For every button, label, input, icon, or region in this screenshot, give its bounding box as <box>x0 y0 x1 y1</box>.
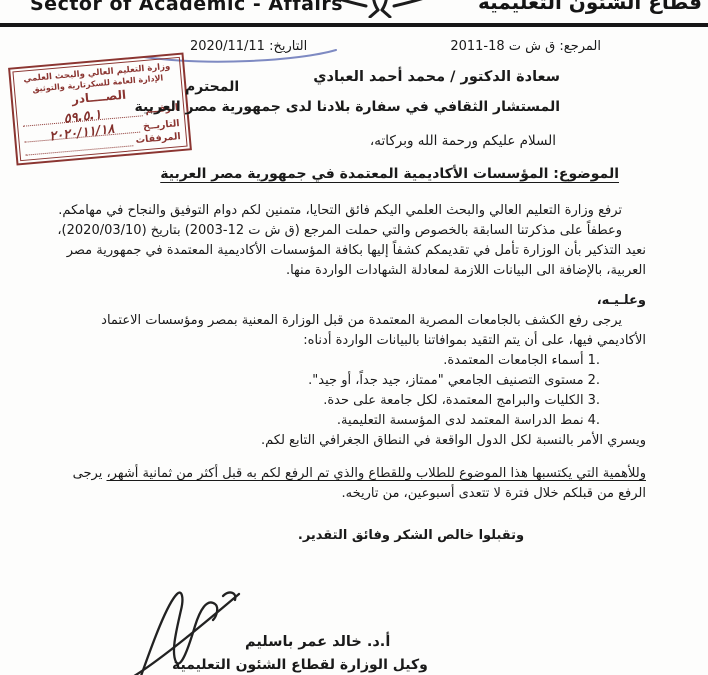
paragraph-3-lead: وعلـيـه، <box>56 291 646 311</box>
signatory-name: أ.د. خالد عمر باسليم <box>245 634 390 650</box>
letter-date: التاريخ: 2020/11/11 <box>190 39 307 54</box>
list-item: 3.الكليات والبرامج المعتمدة، لكل جامعة ع… <box>56 391 600 411</box>
paragraph-4: ويسري الأمر بالنسبة لكل الدول الواقعة في… <box>56 431 646 451</box>
list-item-text: أسماء الجامعات المعتمدة. <box>443 353 583 368</box>
list-item-text: نمط الدراسة المعتمد لدى المؤسسة التعليمي… <box>337 413 584 428</box>
salutation: السلام عليكم ورحمة الله وبركاته، <box>370 133 556 149</box>
list-item: 4.نمط الدراسة المعتمد لدى المؤسسة التعلي… <box>56 411 600 431</box>
recipient-name: سعادة الدكتور / محمد أحمد العبادي <box>313 69 560 85</box>
list-item-number: 2. <box>588 371 600 391</box>
paragraph-5-underlined: وللأهمية التي يكتسبها هذا الموضوع للطلاب… <box>106 466 646 481</box>
recipient-honorific: المحترم <box>185 79 239 95</box>
paragraph-3: يرجى رفع الكشف بالجامعات المصرية المعتمد… <box>56 311 646 351</box>
letter-body: ترفع وزارة التعليم العالي والبحث العلمي … <box>56 201 646 546</box>
list-item-number: 4. <box>588 411 600 431</box>
list-item-text: الكليات والبرامج المعتمدة، لكل جامعة على… <box>323 393 583 408</box>
required-data-list: 1.أسماء الجامعات المعتمدة. 2.مستوى التصن… <box>56 351 646 431</box>
list-item-number: 3. <box>588 391 600 411</box>
national-emblem-icon <box>300 0 460 18</box>
list-item-text: مستوى التصنيف الجامعي "ممتاز، جيد جداً، … <box>308 373 583 388</box>
header-arabic-title: قطاع الشئون التعليمية <box>478 0 702 14</box>
paragraph-5: وللأهمية التي يكتسبها هذا الموضوع للطلاب… <box>56 464 646 504</box>
scanned-letter-page: Sector of Academic - Affairs قطاع الشئون… <box>0 0 708 675</box>
stamp-attachments-dots <box>26 145 133 155</box>
closing-line: وتقبلوا خالص الشكر وفائق التقدير. <box>56 526 646 546</box>
header-divider <box>0 23 708 27</box>
paragraph-1: ترفع وزارة التعليم العالي والبحث العلمي … <box>56 201 646 221</box>
signatory-title: وكيل الوزارة لقطاع الشئون التعليمية <box>172 657 428 673</box>
recipient-title: المستشار الثقافي في سفارة بلادنا لدى جمه… <box>134 99 560 115</box>
stamp-attachments-label: المرفقات <box>135 131 181 146</box>
stamp-date-label: التاريــخ <box>143 118 180 132</box>
list-item-number: 1. <box>588 351 600 371</box>
header-english-title: Sector of Academic - Affairs <box>30 0 343 15</box>
list-item: 1.أسماء الجامعات المعتمدة. <box>56 351 600 371</box>
list-item: 2.مستوى التصنيف الجامعي "ممتاز، جيد جداً… <box>56 371 600 391</box>
reference-number: المرجع: ق ش ت 18-2011 <box>450 39 601 54</box>
paragraph-2: وعطفاً على مذكرتنا السابقة بالخصوص والتي… <box>56 221 646 281</box>
subject-line: الموضوع: المؤسسات الأكاديمية المعتمدة في… <box>160 166 619 182</box>
